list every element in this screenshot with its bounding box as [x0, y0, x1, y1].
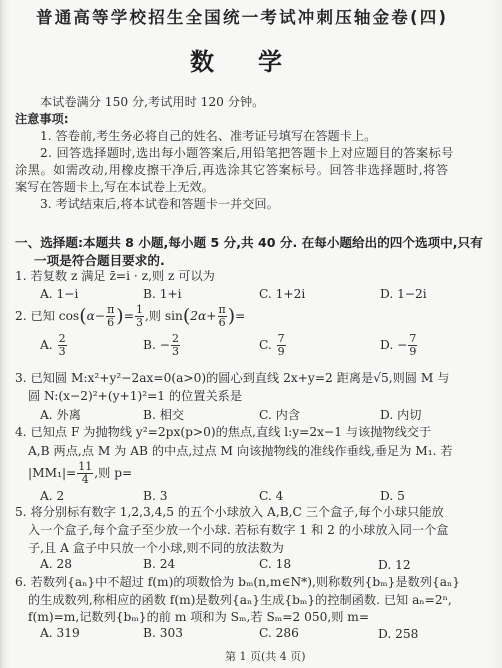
q2-choice-a: A. 23 — [40, 333, 68, 358]
exam-page: 普通高等学校招生全国统一考试冲刺压轴金卷(四) 数学 本试卷满分 150 分,考… — [0, 0, 502, 668]
question-5-cont2: 子,且 A 盒子中只放一个小球,则不同的放法数为 — [28, 540, 284, 556]
question-4-cont: A,B 两点,点 M 为 AB 的中点,过点 M 向该抛物线的准线作垂线,垂足为… — [28, 443, 453, 459]
note-2-cont2: 案写在答题卡上,写在本试卷上无效。 — [15, 179, 214, 195]
fraction: π6 — [106, 304, 115, 329]
question-6: 6. 若数列{aₙ}中不超过 f(m)的项数恰为 bₘ(n,m∈N*),则称数列… — [15, 574, 460, 590]
q1-choice-c: C. 1+2i — [259, 287, 305, 301]
question-3: 3. 已知圆 M:x²+y²−2ax=0(a>0)的圆心到直线 2x+y=2 距… — [15, 370, 449, 386]
q1-choice-d: D. 1−2i — [380, 287, 427, 301]
question-number: 3. — [15, 371, 27, 385]
question-3-cont: 圆 N:(x−2)²+(y+1)²=1 的位置关系是 — [28, 388, 242, 404]
page-number: 第 1 页(共 4 页) — [225, 648, 306, 664]
question-1: 1. 若复数 z 满足 z̄=i · z,则 z 可以为 — [15, 268, 215, 284]
fraction: π6 — [218, 304, 227, 329]
q6-choice-b: B. 303 — [143, 626, 183, 640]
section-header-cont: 一项是符合题目要求的. — [34, 250, 165, 269]
q2-choice-b: B. −23 — [143, 333, 181, 358]
q6-choice-c: C. 286 — [259, 626, 299, 640]
question-6-cont: 的生成数列,称相应的函数 f(m)是数列{aₙ}生成{bₘ}的控制函数. 已知 … — [28, 592, 452, 608]
subject-title: 数学 — [190, 42, 326, 77]
q5-choice-c: C. 18 — [259, 557, 291, 571]
q5-choice-b: B. 24 — [143, 557, 175, 571]
question-5-cont: 入一个盒子,每个盒子至少放一个小球. 若标有数字 1 和 2 的小球放入同一个盒 — [28, 522, 448, 538]
q4-choice-b: B. 3 — [143, 489, 167, 503]
question-stem: 若复数 z 满足 z̄=i · z,则 z 可以为 — [31, 269, 215, 283]
question-2: 2. 已知 cos(α−π6)=13,则 sin(2α+π6)= — [15, 302, 245, 330]
question-4-cont2: |MM₁|=114,则 p= — [28, 460, 132, 486]
q1-choice-a: A. 1−i — [40, 287, 78, 301]
q4-choice-a: A. 2 — [40, 489, 64, 503]
score-time-text: 本试卷满分 150 分,考试用时 120 分钟。 — [40, 94, 264, 110]
q6-choice-d: D. 258 — [378, 627, 418, 641]
question-6-cont2: f(m)=m,记数列{bₘ}的前 m 项和为 Sₘ,若 Sₘ=2 050,则 m… — [28, 609, 369, 625]
q3-choice-d: D. 内切 — [380, 406, 421, 423]
q5-choice-a: A. 28 — [40, 557, 72, 571]
question-5: 5. 将分别标有数字 1,2,3,4,5 的五个小球放入 A,B,C 三个盒子,… — [15, 504, 444, 520]
q2-choice-c: C. 79 — [259, 333, 287, 358]
q1-choice-b: B. 1+i — [143, 287, 182, 301]
question-number: 5. — [15, 505, 27, 519]
question-number: 4. — [15, 425, 27, 439]
question-4: 4. 已知点 F 为抛物线 y²=2px(p>0)的焦点,直线 l:y=2x−1… — [15, 424, 431, 440]
note-3: 3. 考试结束后,将本试卷和答题卡一并交回。 — [40, 196, 279, 212]
q3-choice-c: C. 内含 — [259, 406, 300, 423]
question-number: 6. — [15, 575, 27, 589]
q4-choice-d: D. 5 — [380, 489, 405, 503]
q4-choice-c: C. 4 — [259, 489, 283, 503]
q2-choice-d: D. −79 — [380, 333, 418, 358]
fraction: 13 — [135, 304, 144, 329]
question-number: 2. — [15, 309, 27, 323]
note-2-cont: 涂黑。如需改动,用橡皮擦干净后,再选涂其它答案标号。回答非选择题时,将答 — [15, 162, 449, 178]
q3-choice-a: A. 外离 — [40, 406, 81, 423]
q6-choice-a: A. 319 — [40, 626, 80, 640]
q5-choice-d: D. 12 — [378, 558, 411, 572]
notice-title: 注意事项: — [15, 111, 69, 127]
exam-title: 普通高等学校招生全国统一考试冲刺压轴金卷(四) — [36, 4, 448, 28]
note-1: 1. 答卷前,考生务必将自己的姓名、准考证号填写在答题卡上。 — [40, 128, 376, 144]
q3-choice-b: B. 相交 — [143, 406, 184, 423]
section-header: 一、选择题:本题共 8 小题,每小题 5 分,共 40 分. 在每小题给出的四个… — [15, 232, 483, 251]
note-2: 2. 回答选择题时,选出每小题答案后,用铅笔把答题卡上对应题目的答案标号 — [40, 145, 454, 161]
question-number: 1. — [15, 269, 27, 283]
